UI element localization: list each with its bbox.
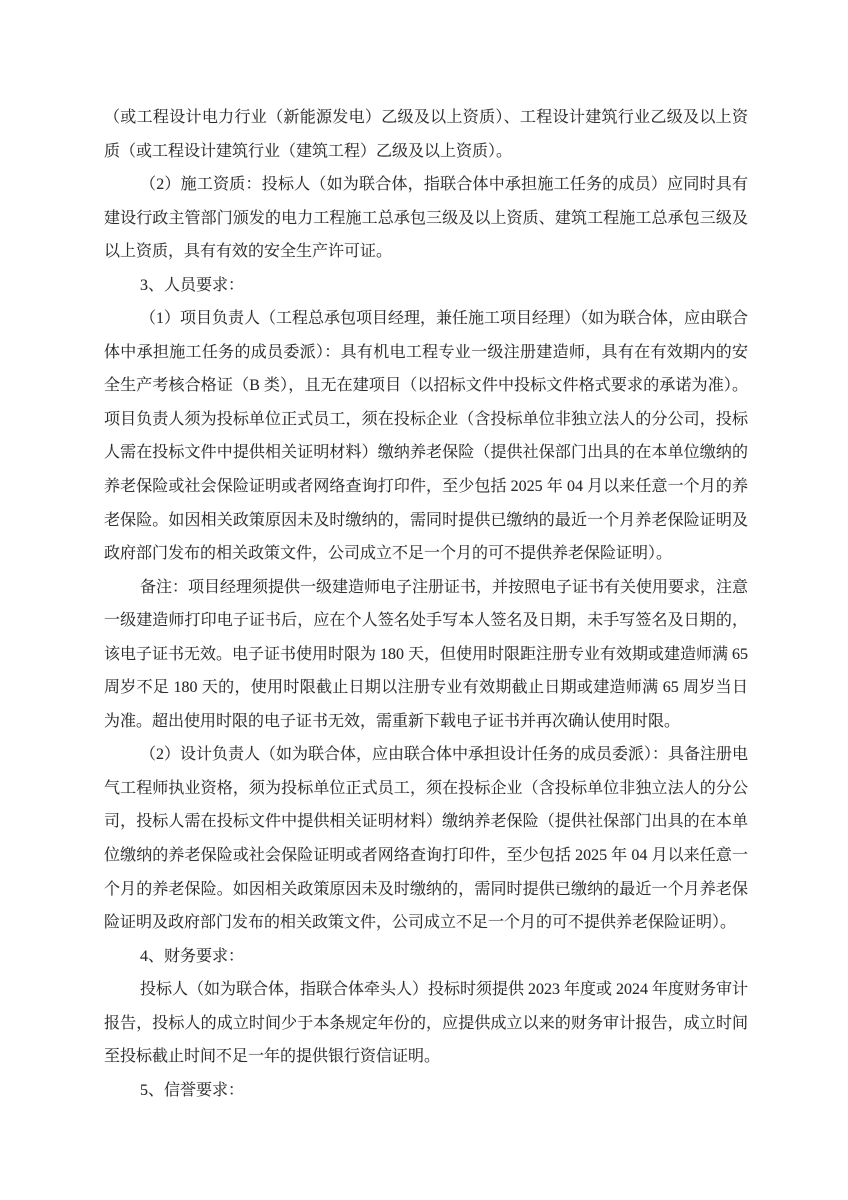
- text-line: 位缴纳的养老保险或社会保险证明或者网络查询打印件，至少包括 2025 年 04 …: [104, 839, 748, 873]
- text-line: 至投标截止时间不足一年的提供银行资信证明。: [104, 1040, 748, 1074]
- text-line: 司，投标人需在投标文件中提供相关证明材料）缴纳养老保险（提供社保部门出具的在本单: [104, 805, 748, 839]
- text-line: 投标人（如为联合体，指联合体牵头人）投标时须提供 2023 年度或 2024 年…: [104, 973, 748, 1007]
- text-line: 体中承担施工任务的成员委派）：具有机电工程专业一级注册建造师，具有在有效期内的安: [104, 336, 748, 370]
- text-line: 个月的养老保险。如因相关政策原因未及时缴纳的，需同时提供已缴纳的最近一个月养老保: [104, 873, 748, 907]
- text-line: 质（或工程设计建筑行业（建筑工程）乙级及以上资质）。: [104, 135, 748, 169]
- text-line: （2）施工资质：投标人（如为联合体，指联合体中承担施工任务的成员）应同时具有: [104, 168, 748, 202]
- text-line: 气工程师执业资格，须为投标单位正式员工，须在投标企业（含投标单位非独立法人的分公: [104, 772, 748, 806]
- text-line: 以上资质，具有有效的安全生产许可证。: [104, 235, 748, 269]
- text-line: 一级建造师打印电子证书后，应在个人签名处手写本人签名及日期，未手写签名及日期的，: [104, 604, 748, 638]
- text-line: 全生产考核合格证（B 类），且无在建项目（以招标文件中投标文件格式要求的承诺为准…: [104, 369, 748, 403]
- text-line: 报告，投标人的成立时间少于本条规定年份的，应提供成立以来的财务审计报告，成立时间: [104, 1007, 748, 1041]
- text-line: 5、信誉要求：: [104, 1074, 748, 1108]
- text-line: 3、人员要求：: [104, 269, 748, 303]
- text-line: 人需在投标文件中提供相关证明材料）缴纳养老保险（提供社保部门出具的在本单位缴纳的: [104, 436, 748, 470]
- text-line: 4、财务要求：: [104, 940, 748, 974]
- text-line: 为准。超出使用时限的电子证书无效，需重新下载电子证书并再次确认使用时限。: [104, 705, 748, 739]
- text-line: 老保险。如因相关政策原因未及时缴纳的，需同时提供已缴纳的最近一个月养老保险证明及: [104, 504, 748, 538]
- text-line: 周岁不足 180 天的，使用时限截止日期以注册专业有效期截止日期或建造师满 65…: [104, 671, 748, 705]
- text-line: 政府部门发布的相关政策文件，公司成立不足一个月的可不提供养老保险证明）。: [104, 537, 748, 571]
- text-line: 备注：项目经理须提供一级建造师电子注册证书，并按照电子证书有关使用要求，注意: [104, 571, 748, 605]
- text-line: （1）项目负责人（工程总承包项目经理，兼任施工项目经理）（如为联合体，应由联合: [104, 302, 748, 336]
- text-line: （2）设计负责人（如为联合体，应由联合体中承担设计任务的成员委派）：具备注册电: [104, 738, 748, 772]
- text-line: 建设行政主管部门颁发的电力工程施工总承包三级及以上资质、建筑工程施工总承包三级及: [104, 202, 748, 236]
- document-body: （或工程设计电力行业（新能源发电）乙级及以上资质）、工程设计建筑行业乙级及以上资…: [104, 101, 748, 1107]
- text-line: 险证明及政府部门发布的相关政策文件，公司成立不足一个月的可不提供养老保险证明）。: [104, 906, 748, 940]
- text-line: 该电子证书无效。电子证书使用时限为 180 天，但使用时限距注册专业有效期或建造…: [104, 638, 748, 672]
- text-line: （或工程设计电力行业（新能源发电）乙级及以上资质）、工程设计建筑行业乙级及以上资: [104, 101, 748, 135]
- text-line: 项目负责人须为投标单位正式员工，须在投标企业（含投标单位非独立法人的分公司，投标: [104, 403, 748, 437]
- text-line: 养老保险或社会保险证明或者网络查询打印件，至少包括 2025 年 04 月以来任…: [104, 470, 748, 504]
- document-page: （或工程设计电力行业（新能源发电）乙级及以上资质）、工程设计建筑行业乙级及以上资…: [0, 0, 848, 1200]
